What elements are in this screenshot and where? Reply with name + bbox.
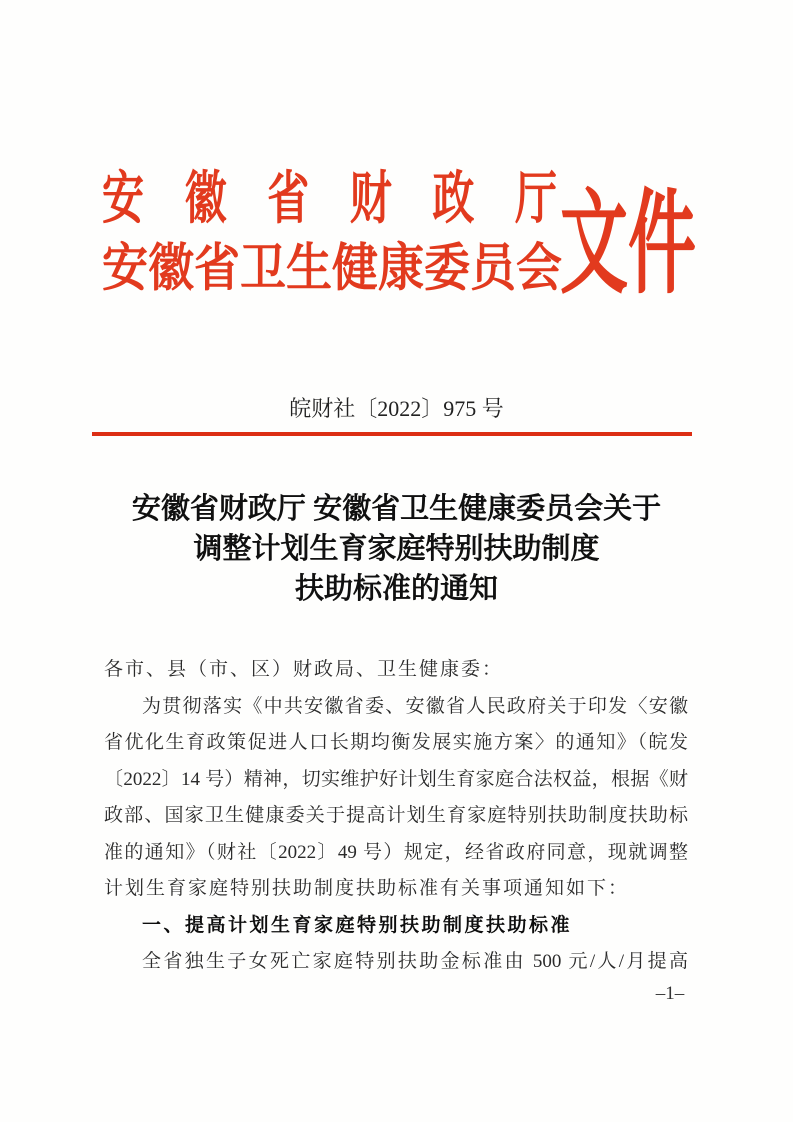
body-line: 全省独生子女死亡家庭特别扶助金标准由 500 元/人/月提高 (104, 944, 688, 981)
document-word: 文件 (560, 188, 700, 301)
body-line: 〔2022〕14 号）精神，切实维护好计划生育家庭合法权益，根据《财 (104, 762, 688, 799)
title-line-3: 扶助标准的通知 (104, 569, 689, 609)
salutation-line: 各市、县（市、区）财政局、卫生健康委： (104, 652, 688, 689)
document-body: 各市、县（市、区）财政局、卫生健康委： 为贯彻落实《中共安徽省委、安徽省人民政府… (104, 652, 688, 981)
issuer-agency-2: 安徽省卫生健康委员会 (102, 242, 557, 296)
issuer-agency-1: 安徽省财政厅 (102, 170, 557, 229)
document-title: 安徽省财政厅 安徽省卫生健康委员会关于 调整计划生育家庭特别扶助制度 扶助标准的… (104, 489, 689, 609)
section-heading-1: 一、提高计划生育家庭特别扶助制度扶助标准 (104, 908, 688, 945)
body-line: 为贯彻落实《中共安徽省委、安徽省人民政府关于印发〈安徽 (104, 689, 688, 726)
body-line: 准的通知》（财社〔2022〕49 号）规定，经省政府同意，现就调整 (104, 835, 688, 872)
body-line: 计划生育家庭特别扶助制度扶助标准有关事项通知如下： (104, 871, 688, 908)
title-line-2: 调整计划生育家庭特别扶助制度 (104, 529, 689, 569)
page-number: –1– (645, 983, 695, 1005)
title-line-1: 安徽省财政厅 安徽省卫生健康委员会关于 (104, 489, 689, 529)
document-number: 皖财社〔2022〕975 号 (0, 396, 793, 422)
body-line: 省优化生育政策促进人口长期均衡发展实施方案〉的通知》（皖发 (104, 725, 688, 762)
body-line: 政部、国家卫生健康委关于提高计划生育家庭特别扶助制度扶助标 (104, 798, 688, 835)
document-page: 安徽省财政厅 安徽省卫生健康委员会 文件 皖财社〔2022〕975 号 安徽省财… (0, 0, 793, 1122)
red-divider-rule (92, 432, 692, 436)
